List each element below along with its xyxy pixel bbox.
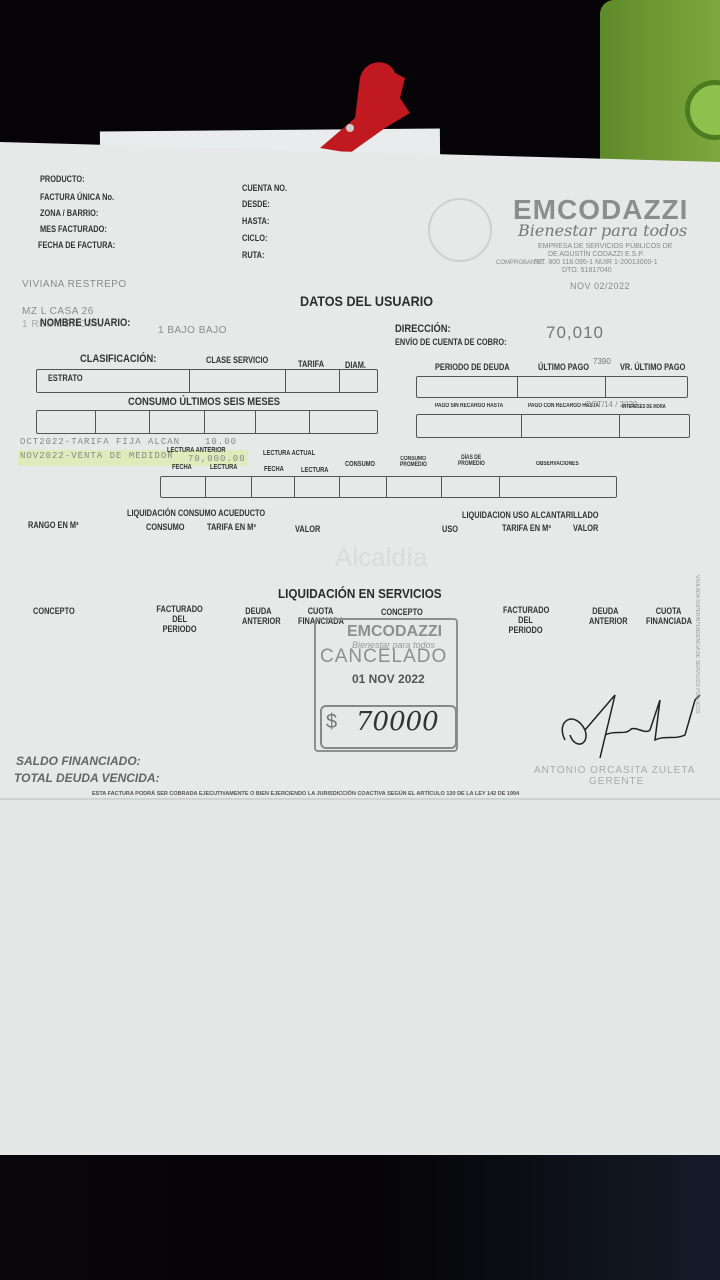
deuda-anterior-right-label: DEUDA ANTERIOR (589, 606, 622, 626)
company-legal-2: DE AGUSTÍN CODAZZI E.S.P. (548, 251, 644, 258)
periodo-deuda-label: PERIODO DE DEUDA (435, 362, 510, 372)
fecha-factura-label: FECHA DE FACTURA: (38, 240, 115, 250)
clasificacion-label: CLASIFICACIÓN: (80, 353, 156, 365)
deuda-anterior-left-label: DEUDA ANTERIOR (242, 606, 275, 626)
concepto-right-label: CONCEPTO (381, 607, 423, 617)
lectura-anterior-col-label: LECTURA (210, 464, 237, 471)
ultimo-pago-label: ÚLTIMO PAGO (538, 362, 589, 372)
company-tagline: Bienestar para todos (518, 221, 687, 240)
red-clip-object (305, 58, 415, 158)
background-bottom (0, 1155, 720, 1280)
customer-name: VIVIANA RESTREPO (22, 279, 127, 290)
clase-servicio-label: CLASE SERVICIO (206, 355, 268, 365)
line-item-1-text: OCT2022-TARIFA FIJA ALCAN (20, 437, 180, 447)
facturado-left-label: FACTURADO DEL PERIODO (155, 604, 204, 634)
signature (555, 690, 705, 760)
acueducto-valor-label: VALOR (295, 524, 320, 534)
acueducto-title: LIQUIDACIÓN CONSUMO ACUEDUCTO (127, 508, 265, 518)
clasificacion-table (36, 369, 378, 393)
total-deuda-label: TOTAL DEUDA VENCIDA: (14, 771, 160, 785)
facturado-right-label: FACTURADO DEL PERIODO (503, 605, 548, 635)
recargo-table (416, 414, 690, 438)
fold-line (0, 798, 720, 800)
consumo-seis-meses-table (36, 410, 378, 434)
line-item-2-value: 70,000.00 (188, 454, 246, 464)
fecha-anterior-label: FECHA (172, 464, 192, 471)
concepto-left-label: CONCEPTO (33, 606, 75, 616)
direccion-label: DIRECCIÓN: (395, 323, 451, 335)
stamp-status: CANCELADO (320, 646, 447, 668)
mes-facturado-label: MES FACTURADO: (40, 224, 107, 234)
vr-ultimo-pago-label: VR. ÚLTIMO PAGO (620, 362, 685, 372)
deuda-table (416, 376, 688, 398)
stamp-date: 01 NOV 2022 (352, 672, 425, 686)
fecha-actual-label: FECHA (264, 466, 284, 473)
observaciones-label: OBSERVACIONES (536, 461, 579, 467)
tarifa-label: TARIFA (298, 359, 324, 369)
estrato-value: 1 BAJO BAJO (158, 325, 227, 336)
stamp-currency: $ (326, 711, 337, 734)
stamp-company: EMCODAZZI (347, 623, 442, 641)
acueducto-tarifa-label: TARIFA EN M³ (207, 522, 256, 532)
line-item-1-value: 10.00 (205, 437, 237, 447)
cuenta-no-label: CUENTA NO. (242, 183, 287, 193)
company-dto: DTO. 51817040 (562, 267, 612, 274)
lectura-actual-col-label: LECTURA (301, 467, 328, 474)
water-drop-logo-icon (428, 198, 492, 262)
side-vertical-text: VIGILADA SUPERINTENDENCIA DE SERVICIOS P… (694, 575, 700, 714)
envio-cuenta-label: ENVÍO DE CUENTA DE COBRO: (395, 337, 507, 347)
factura-unica-label: FACTURA ÚNICA No. (40, 192, 114, 202)
amount-top: 70,010 (546, 323, 604, 343)
zona-barrio-label: ZONA / BARRIO: (40, 208, 98, 218)
saldo-financiado-label: SALDO FINANCIADO: (16, 754, 141, 768)
servicios-title: LIQUIDACIÓN EN SERVICIOS (278, 586, 442, 601)
estrato-label: ESTRATO (48, 373, 83, 383)
issue-date: NOV 02/2022 (570, 281, 630, 291)
alcantarillado-uso-label: USO (442, 524, 458, 534)
signatory-name: ANTONIO ORCASITA ZULETA (534, 765, 695, 776)
line-item-2-text: NOV2022-VENTA DE MEDIDOR (20, 451, 174, 461)
address-value: MZ L CASA 26 (22, 306, 94, 317)
legal-footer: ESTA FACTURA PODRÁ SER COBRADA EJECUTIVA… (92, 791, 519, 797)
acueducto-consumo-label: CONSUMO (146, 522, 185, 532)
bill-paper-lower (0, 800, 720, 1155)
ciclo-label: CICLO: (242, 233, 267, 243)
alcantarillado-valor-label: VALOR (573, 523, 598, 533)
dias-promedio-label: DÍAS DE PROMEDIO (458, 455, 484, 467)
company-legal-1: EMPRESA DE SERVICIOS PÚBLICOS DE (538, 243, 672, 250)
ruta-label: RUTA: (242, 250, 264, 260)
alcantarillado-tarifa-label: TARIFA EN M³ (502, 523, 551, 533)
consumo-seis-meses-label: CONSUMO ÚLTIMOS SEIS MESES (128, 396, 280, 408)
lectura-actual-label: LECTURA ACTUAL (263, 450, 315, 457)
intereses-label: INTERESES DE MORA (622, 404, 666, 410)
nombre-usuario-label: NOMBRE USUARIO: (40, 317, 130, 329)
producto-label: PRODUCTO: (40, 174, 85, 184)
signatory-title: GERENTE (589, 776, 644, 787)
alcantarillado-title: LIQUIDACION USO ALCANTARILLADO (462, 510, 599, 520)
company-nit: NIT. 800 118.095-1 NUIR 1-20013000-1 (534, 259, 658, 266)
stamp-amount-handwritten: 70000 (356, 707, 439, 737)
consumo-promedio-label: CONSUMO PROMEDIO (400, 456, 426, 468)
section-title-user: DATOS DEL USUARIO (300, 293, 433, 309)
ultimo-pago-value: 7390 (593, 357, 611, 366)
lectura-table (160, 476, 617, 498)
rango-label: RANGO EN M³ (28, 520, 78, 530)
watermark: Alcaldía (335, 542, 428, 573)
desde-label: DESDE: (242, 199, 270, 209)
pago-sin-recargo-label: PAGO SIN RECARGO HASTA (435, 403, 503, 409)
green-container-object (600, 0, 720, 175)
lectura-anterior-label: LECTURA ANTERIOR (167, 447, 226, 454)
hasta-label: HASTA: (242, 216, 269, 226)
consumo-col-label: CONSUMO (345, 461, 375, 468)
cuota-financiada-right-label: CUOTA FINANCIADA (646, 606, 691, 626)
